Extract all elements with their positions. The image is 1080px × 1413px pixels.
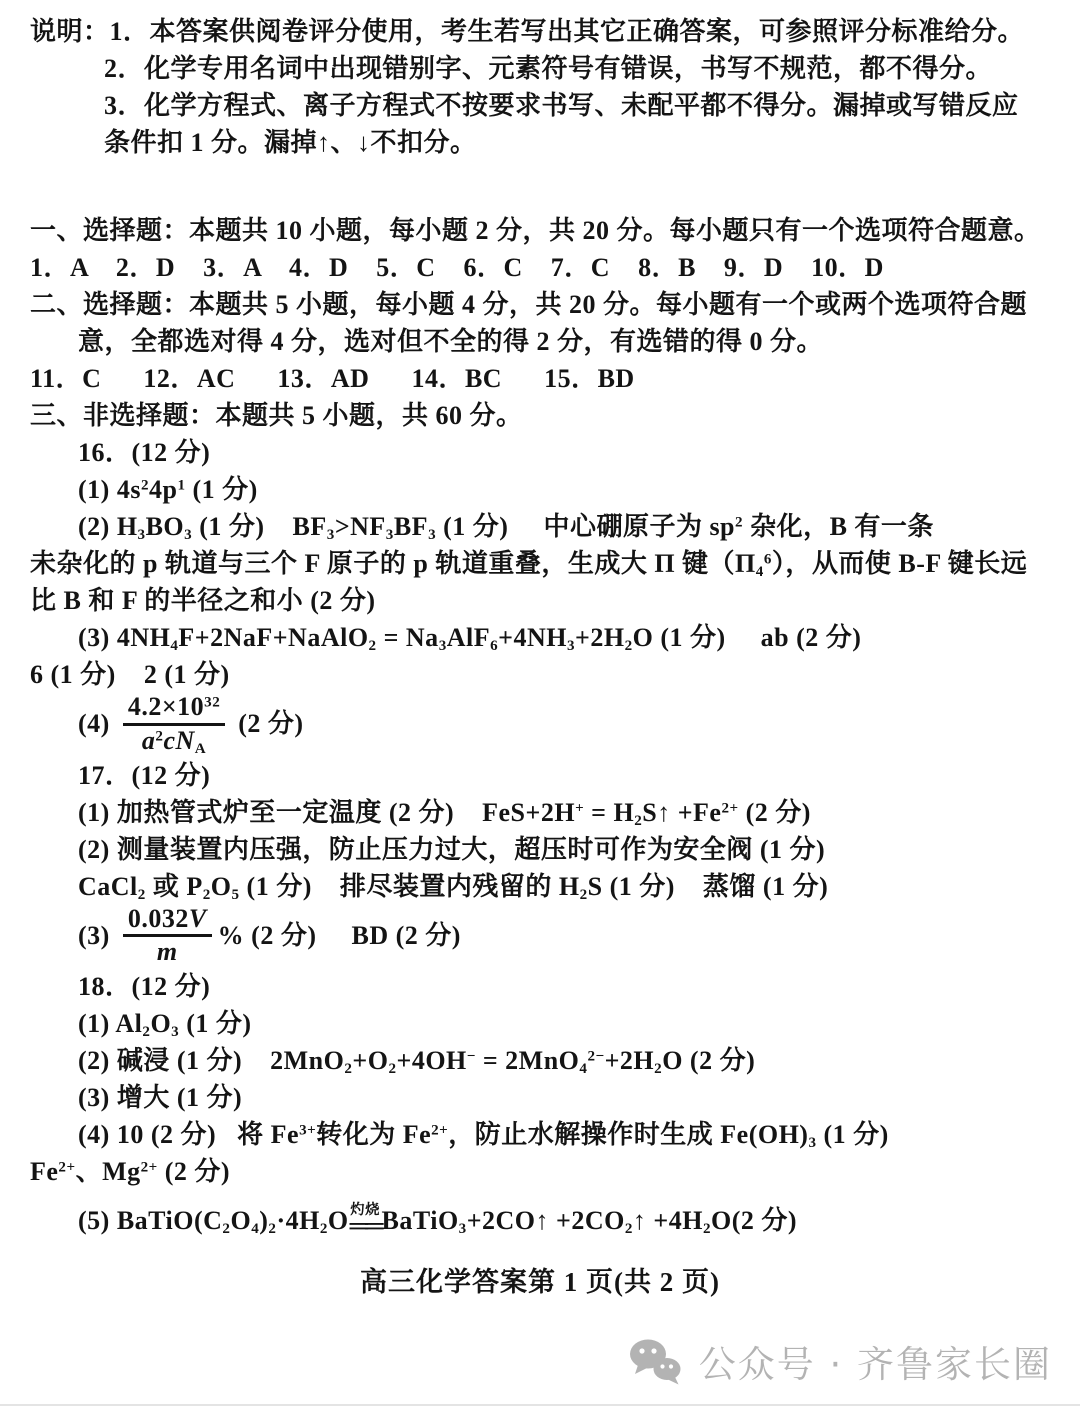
doc-line: (1) Al2O3 (1 分) [30,1005,1054,1042]
watermark-text: 公众号 · 齐鲁家长圈 [699,1334,1052,1388]
fraction: 4.2×1032a2cNA [123,693,225,754]
answer-sheet-page: 说明：1．本答案供阅卷评分使用，考生若写出其它正确答案，可参照评分标准给分。2．… [0,0,1080,1413]
doc-line: 一、选择题：本题共 10 小题，每小题 2 分，共 20 分。每小题只有一个选项… [30,212,1054,249]
doc-line: 11．C 12．AC 13．AD 14．BC 15．BD [30,360,1054,397]
doc-line: Fe2+、Mg2+ (2 分) [30,1153,1054,1190]
doc-line: (2) 测量装置内压强，防止压力过大，超压时可作为安全阀 (1 分) [30,831,1054,868]
wechat-icon [627,1337,683,1385]
doc-line: 18．(12 分) [30,968,1054,1005]
doc-line: (1) 4s24p1 (1 分) [30,471,1054,508]
fraction: 0.032Vm [123,905,212,966]
doc-line: 二、选择题：本题共 5 小题，每小题 4 分，共 20 分。每小题有一个或两个选… [30,286,1054,323]
doc-line: (5) BaTiO(C2O4)2·4H2O灼烧══BaTiO3+2CO↑ +2C… [30,1190,1054,1251]
doc-line: (4) 10 (2 分) 将 Fe3+转化为 Fe2+，防止水解操作时生成 Fe… [30,1116,1054,1153]
reaction-condition-over-equals: 灼烧══ [350,1203,381,1236]
document-body: 说明：1．本答案供阅卷评分使用，考生若写出其它正确答案，可参照评分标准给分。2．… [30,13,1054,1251]
doc-line: 说明：1．本答案供阅卷评分使用，考生若写出其它正确答案，可参照评分标准给分。 [30,13,1054,50]
doc-line: 1．A 2．D 3．A 4．D 5．C 6．C 7．C 8．B 9．D 10．D [30,249,1054,286]
doc-line: 意，全都选对得 4 分，选对但不全的得 2 分，有选错的得 0 分。 [30,323,1054,360]
doc-line: CaCl2 或 P2O5 (1 分) 排尽装置内残留的 H2S (1 分) 蒸馏… [30,868,1054,905]
doc-line: (2) 碱浸 (1 分) 2MnO2+O2+4OH− = 2MnO42−+2H2… [30,1042,1054,1079]
doc-line: 16．(12 分) [30,434,1054,471]
doc-line: 17．(12 分) [30,757,1054,794]
doc-line: 条件扣 1 分。漏掉↑、↓不扣分。 [30,124,1054,161]
doc-line: 2．化学专用名词中出现错别字、元素符号有错误，书写不规范，都不得分。 [30,50,1054,87]
page-footer: 高三化学答案第 1 页(共 2 页) [0,1260,1080,1299]
doc-line: 未杂化的 p 轨道与三个 F 原子的 p 轨道重叠，生成大 Π 键（Π46），从… [30,545,1054,582]
bottom-divider [0,1404,1080,1406]
watermark: 公众号 · 齐鲁家长圈 [627,1334,1052,1388]
doc-line: 3．化学方程式、离子方程式不按要求书写、未配平都不得分。漏掉或写错反应 [30,87,1054,124]
doc-line: (4) 4.2×1032a2cNA (2 分) [30,693,1054,757]
doc-line: (3) 4NH4F+2NaF+NaAlO2 = Na3AlF6+4NH3+2H2… [30,619,1054,656]
doc-line: (3) 0.032Vm% (2 分) BD (2 分) [30,905,1054,969]
doc-line: (3) 增大 (1 分) [30,1079,1054,1116]
doc-line: (2) H3BO3 (1 分) BF3>NF3BF3 (1 分) 中心硼原子为 … [30,508,1054,545]
doc-line: 三、非选择题：本题共 5 小题，共 60 分。 [30,397,1054,434]
doc-line: 6 (1 分) 2 (1 分) [30,656,1054,693]
doc-line: (1) 加热管式炉至一定温度 (2 分) FeS+2H+ = H2S↑ +Fe2… [30,794,1054,831]
doc-line: 比 B 和 F 的半径之和小 (2 分) [30,582,1054,619]
